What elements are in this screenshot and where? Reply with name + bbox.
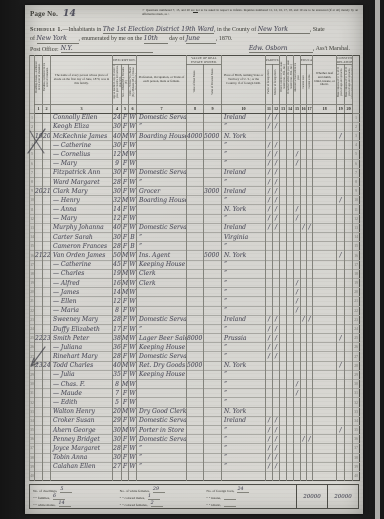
cell-school: / [294, 278, 301, 287]
cell-color: W [129, 168, 137, 177]
cell-sex: F [122, 462, 129, 471]
cell-occupation: Ret. Dry Goods [137, 361, 187, 370]
cell-color: B [129, 242, 137, 251]
cell-citizen [337, 352, 345, 361]
cell-personal-estate [204, 425, 222, 434]
cell-mother-foreign: / [273, 159, 280, 168]
cell-disability [313, 122, 337, 131]
cell-disability [313, 242, 337, 251]
cell-real-estate [187, 288, 204, 297]
line-number-right: 32 [353, 398, 360, 407]
cell-married-month [287, 471, 294, 480]
cell-real-estate [187, 389, 204, 398]
cell-name: — Julia [51, 370, 113, 379]
cell-married-month [287, 334, 294, 343]
personal-estate-total: 20000 [334, 494, 352, 500]
table-row: 30 — Chas. F. 8 M W ” [30, 380, 360, 389]
cell-occupation: Boarding House [137, 131, 187, 140]
line-number-right: 20 [353, 288, 360, 297]
scanned-census-image: Page No. 14 ☞ Questions numbered 7, 13, … [0, 0, 384, 519]
cell-family-no [43, 297, 51, 306]
cell-birthplace: N. York [222, 205, 266, 214]
cell-name: Murphy Johanna [51, 223, 113, 232]
citizen-denied-header-text: Male Citizens of U. S. of 21 years of ag… [345, 65, 353, 99]
table-row: 17 — Catherine 45 F W Keeping House ” [30, 260, 360, 269]
cell-age: 30 [113, 187, 122, 196]
cell-name: — Cornelius [51, 150, 113, 159]
cell-age: 7 [113, 389, 122, 398]
cell-birthplace: ” [222, 288, 266, 297]
cell-school [294, 251, 301, 260]
cell-citizen [337, 407, 345, 416]
line-number-right: 11 [353, 205, 360, 214]
cell-citizen-denied [345, 269, 353, 278]
cell-citizen-denied [345, 113, 353, 122]
cell-family-no [43, 113, 51, 122]
table-row: 33 Walton Henry 20 M W Dry Good Clerk N.… [30, 407, 360, 416]
cell-married-month [287, 352, 294, 361]
cell-citizen-denied [345, 131, 353, 140]
cell-occupation [137, 214, 187, 223]
cell-sex: F [122, 177, 129, 186]
cell-occupation [137, 471, 187, 480]
cell-married-month [287, 453, 294, 462]
cell-dwelling-no [35, 380, 43, 389]
cell-name: Carter Sarah [51, 233, 113, 242]
col-no-15: 15 [294, 104, 301, 113]
cell-age: 30 [113, 425, 122, 434]
cell-age: 12 [113, 297, 122, 306]
cell-birthplace: ” [222, 352, 266, 361]
cell-mother-foreign: / [273, 205, 280, 214]
cell-name: — Edith [51, 398, 113, 407]
cell-born-month [280, 425, 287, 434]
table-row: 7 Fitzpatrick Ann 30 F W Domestic Servan… [30, 168, 360, 177]
cell-disability [313, 113, 337, 122]
cell-school [294, 113, 301, 122]
cell-father-foreign [266, 251, 273, 260]
cell-mother-foreign [273, 233, 280, 242]
cell-married-month [287, 343, 294, 352]
state-value: New York [37, 36, 79, 43]
insane-value [224, 499, 236, 500]
state-label: , State [310, 27, 325, 33]
cell-family-no [43, 352, 51, 361]
cell-color: W [129, 444, 137, 453]
cell-citizen: / [337, 425, 345, 434]
totals-line-2: ” ” families,6 ” ” colored males,1 ” ” i… [33, 494, 293, 500]
cell-school [294, 141, 301, 150]
cell-sex: F [122, 168, 129, 177]
cell-citizen [337, 416, 345, 425]
table-row: 1 Connolly Ellen 24 F W Domestic Servant… [30, 113, 360, 122]
cell-disability [313, 260, 337, 269]
cell-birthplace: ” [222, 177, 266, 186]
cell-birthplace: ” [222, 297, 266, 306]
cell-age [113, 471, 122, 480]
cell-real-estate [187, 187, 204, 196]
cell-occupation: ” [137, 462, 187, 471]
cell-school: / [294, 389, 301, 398]
cell-family-no [43, 435, 51, 444]
cell-real-estate [187, 141, 204, 150]
cell-citizen-denied [345, 425, 353, 434]
cell-age: 24 [113, 113, 122, 122]
page-no-value: 14 [63, 9, 76, 19]
cell-name: Calahan Ellen [51, 462, 113, 471]
instructions-note: ☞ Questions numbered 7, 13, and 20 are n… [142, 9, 358, 17]
cell-school [294, 223, 301, 232]
cell-dwelling-no [35, 223, 43, 232]
cell-father-foreign [266, 380, 273, 389]
line-number-right: 6 [353, 159, 360, 168]
col-header-family: Families, numbered in the order of visit… [43, 55, 51, 104]
cell-birthplace: ” [222, 380, 266, 389]
cell-sex: M [122, 150, 129, 159]
cell-age: 30 [113, 122, 122, 131]
cell-dwelling-no [35, 389, 43, 398]
cell-father-foreign [266, 131, 273, 140]
cell-family-no: 20 [43, 131, 51, 140]
cell-born-month [280, 324, 287, 333]
line-number-right: 27 [353, 352, 360, 361]
cell-born-month [280, 444, 287, 453]
cell-age: 40 [113, 223, 122, 232]
cell-citizen-denied [345, 251, 353, 260]
cell-age: 27 [113, 462, 122, 471]
cell-disability [313, 471, 337, 480]
col-header-born-month: If born within the year, state month (Ja… [280, 55, 287, 104]
cell-school [294, 370, 301, 379]
cell-birthplace: ” [222, 214, 266, 223]
cell-personal-estate [204, 177, 222, 186]
cell-father-foreign [266, 278, 273, 287]
cell-married-month [287, 435, 294, 444]
line-number-right: 25 [353, 334, 360, 343]
cell-dwelling-no [35, 425, 43, 434]
white-males-value: 14 [59, 501, 71, 507]
cell-personal-estate: 5000 [204, 251, 222, 260]
cell-married-month [287, 233, 294, 242]
table-row: 20 — James 14 M W ” [30, 288, 360, 297]
month-value: June [186, 36, 216, 43]
cell-color: W [129, 196, 137, 205]
cell-father-foreign: / [266, 187, 273, 196]
cell-family-no [43, 196, 51, 205]
cell-real-estate [187, 444, 204, 453]
citizen-header-text: Male Citizens of U. S. of 21 years of ag… [337, 65, 343, 99]
cell-born-month [280, 233, 287, 242]
day-value: 10th [144, 36, 168, 43]
cell-color: W [129, 251, 137, 260]
cell-name: — Maria [51, 306, 113, 315]
cell-citizen [337, 233, 345, 242]
cell-citizen [337, 398, 345, 407]
cell-married-month [287, 214, 294, 223]
cell-father-foreign: / [266, 122, 273, 131]
cell-birthplace: ” [222, 453, 266, 462]
table-row: 4 — Catherine 30 F W ” / / [30, 141, 360, 150]
cell-disability [313, 398, 337, 407]
cell-name: Rinehart Mary [51, 352, 113, 361]
cell-father-foreign: / [266, 214, 273, 223]
cell-birthplace: Ireland [222, 113, 266, 122]
cell-disability [313, 306, 337, 315]
cell-color: W [129, 324, 137, 333]
cell-married-month [287, 380, 294, 389]
col-no-13: 13 [280, 104, 287, 113]
cell-real-estate [187, 233, 204, 242]
year-label: , 1870. [216, 36, 233, 42]
cell-born-month [280, 260, 287, 269]
cell-dwelling-no [35, 242, 43, 251]
cell-family-no [43, 343, 51, 352]
cell-school [294, 122, 301, 131]
cell-born-month [280, 288, 287, 297]
cell-color: W [129, 416, 137, 425]
group-education: Education. [301, 55, 313, 64]
cell-father-foreign: / [266, 324, 273, 333]
cell-citizen-denied [345, 352, 353, 361]
col-no-18: 18 [313, 104, 337, 113]
line-number-right: 18 [353, 269, 360, 278]
cell-personal-estate [204, 352, 222, 361]
cell-color: W [129, 113, 137, 122]
cell-mother-foreign [273, 242, 280, 251]
cell-married-month [287, 113, 294, 122]
table-row: 27 Rinehart Mary 28 F W Domestic Servant… [30, 352, 360, 361]
cell-birthplace: ” [222, 260, 266, 269]
cell-disability [313, 361, 337, 370]
married-month-header-text: If married within the year, state month … [287, 60, 293, 94]
cell-occupation: Ins. Agent [137, 251, 187, 260]
cell-occupation [137, 297, 187, 306]
cell-born-month [280, 150, 287, 159]
cell-personal-estate [204, 122, 222, 131]
cell-color: B [129, 233, 137, 242]
cell-born-month [280, 159, 287, 168]
cell-family-no [43, 398, 51, 407]
cell-citizen [337, 214, 345, 223]
cell-age: 28 [113, 242, 122, 251]
cell-school [294, 352, 301, 361]
idiotic-value [224, 506, 236, 507]
cell-father-foreign: / [266, 168, 273, 177]
cell-personal-estate [204, 370, 222, 379]
cell-citizen-denied [345, 334, 353, 343]
cell-birthplace: Ireland [222, 187, 266, 196]
line-number-right: 8 [353, 177, 360, 186]
cell-citizen: / [337, 334, 345, 343]
cell-real-estate [187, 113, 204, 122]
group-parentage: Parentage. [266, 55, 280, 64]
cell-real-estate [187, 352, 204, 361]
cell-occupation: ” [137, 177, 187, 186]
cell-birthplace: ” [222, 141, 266, 150]
group-value: Value of Real Estate Owned. [187, 55, 222, 64]
cell-disability [313, 205, 337, 214]
cell-birthplace: ” [222, 242, 266, 251]
cell-disability [313, 150, 337, 159]
cell-occupation [137, 205, 187, 214]
cell-born-month [280, 416, 287, 425]
cell-occupation: Domestic Servant [137, 315, 187, 324]
cell-age: 28 [113, 352, 122, 361]
cell-age: 9 [113, 159, 122, 168]
col-no-10: 10 [222, 104, 266, 113]
col-header-married-month: If married within the year, state month … [287, 55, 294, 104]
table-row: 38 Tobin Anna 30 F W ” ” / / [30, 453, 360, 462]
cell-born-month [280, 297, 287, 306]
cell-name: Keogh Eliza [51, 122, 113, 131]
table-row: 5 — Cornelius 12 M W ” / / [30, 150, 360, 159]
cell-name: — Chas. F. [51, 380, 113, 389]
cell-color: W [129, 269, 137, 278]
cell-name: — Alfred [51, 278, 113, 287]
cell-father-foreign: / [266, 113, 273, 122]
cell-personal-estate [204, 416, 222, 425]
cell-sex: F [122, 306, 129, 315]
families-label: ” ” families, [33, 496, 50, 500]
cell-father-foreign [266, 242, 273, 251]
table-row: 6 — Mary 9 F W ” / / [30, 159, 360, 168]
cell-father-foreign: / [266, 141, 273, 150]
cell-dwelling-no [35, 343, 43, 352]
cell-sex: M [122, 425, 129, 434]
county-label: , in the County of [214, 27, 256, 33]
cell-citizen-denied [345, 444, 353, 453]
cell-mother-foreign: / [273, 196, 280, 205]
cell-sex: F [122, 324, 129, 333]
cell-father-foreign [266, 471, 273, 480]
cell-birthplace: Ireland [222, 168, 266, 177]
foreign-born-value: 24 [237, 487, 249, 493]
cell-age: 29 [113, 416, 122, 425]
real-estate-total: 20000 [303, 494, 321, 500]
cell-personal-estate [204, 150, 222, 159]
cell-birthplace: ” [222, 462, 266, 471]
col-no-20: 20 [345, 104, 353, 113]
cell-personal-estate [204, 242, 222, 251]
cell-married-month [287, 131, 294, 140]
cell-born-month [280, 453, 287, 462]
cell-citizen [337, 205, 345, 214]
table-row: 12 — Mary 12 F W ” / / [30, 214, 360, 223]
cell-citizen [337, 297, 345, 306]
cell-disability [313, 297, 337, 306]
cell-father-foreign: / [266, 453, 273, 462]
cell-married-month [287, 159, 294, 168]
cell-school [294, 187, 301, 196]
table-row: 34 Croker Susan 29 F W Domestic Servant … [30, 416, 360, 425]
page-no-label: Page No. [30, 10, 58, 18]
cell-mother-foreign [273, 407, 280, 416]
schedule-line-2: of New York, enumerated by me on the 10t… [30, 35, 358, 44]
cell-father-foreign: / [266, 435, 273, 444]
cell-age: 30 [113, 141, 122, 150]
county-value: New York [258, 27, 310, 34]
school-header-text: Attended school within the year. [294, 60, 300, 94]
cell-mother-foreign [273, 260, 280, 269]
cell-birthplace: N. York [222, 407, 266, 416]
table-row: 36 Penney Bridget 30 F W Domestic Servan… [30, 435, 360, 444]
cell-sex: F [122, 444, 129, 453]
cell-school [294, 471, 301, 480]
cell-real-estate [187, 435, 204, 444]
col-no-7: 7 [137, 104, 187, 113]
cell-personal-estate [204, 141, 222, 150]
cell-personal-estate [204, 269, 222, 278]
cell-name: Clark Mary [51, 187, 113, 196]
cell-personal-estate [204, 168, 222, 177]
cell-occupation: Dry Good Clerk [137, 407, 187, 416]
line-number-right: 22 [353, 306, 360, 315]
cell-father-foreign: / [266, 462, 273, 471]
cell-color: W [129, 214, 137, 223]
of-label: of [30, 36, 35, 42]
col-header-name: The name of every person whose place of … [51, 55, 113, 104]
cell-personal-estate [204, 159, 222, 168]
cell-personal-estate [204, 233, 222, 242]
cell-family-no [43, 269, 51, 278]
cell-disability [313, 462, 337, 471]
cell-mother-foreign: / [273, 315, 280, 324]
col-no-12: 12 [273, 104, 280, 113]
cell-occupation: Clerk [137, 278, 187, 287]
cell-family-no [43, 122, 51, 131]
cell-citizen [337, 389, 345, 398]
cell-family-no [43, 370, 51, 379]
table-row: 29 — Julia 35 F W Keeping House ” [30, 370, 360, 379]
cell-father-foreign [266, 407, 273, 416]
cell-father-foreign: / [266, 425, 273, 434]
cell-name: — James [51, 288, 113, 297]
cell-married-month [287, 306, 294, 315]
post-office-label: Post Office: [30, 47, 59, 53]
cell-birthplace: ” [222, 269, 266, 278]
cell-married-month [287, 398, 294, 407]
cell-mother-foreign [273, 380, 280, 389]
cell-disability [313, 223, 337, 232]
cell-dwelling-no: 20 [35, 187, 43, 196]
cell-citizen-denied [345, 361, 353, 370]
cell-disability [313, 288, 337, 297]
col-header-real-estate: Value of Real Estate. [187, 64, 204, 104]
cell-occupation: Domestic Servant [137, 352, 187, 361]
cell-citizen-denied [345, 389, 353, 398]
cell-sex: M [122, 269, 129, 278]
cell-citizen [337, 462, 345, 471]
cell-father-foreign: / [266, 343, 273, 352]
cell-married-month [287, 177, 294, 186]
table-row: 35 Ahern George 30 M W Porter in Store ”… [30, 425, 360, 434]
line-no-col-right [353, 55, 360, 113]
cell-citizen [337, 223, 345, 232]
cell-personal-estate [204, 453, 222, 462]
insane-label: ” ” insane, [206, 496, 221, 500]
cell-color: W [129, 315, 137, 324]
cell-born-month [280, 407, 287, 416]
cell-dwelling-no [35, 141, 43, 150]
cell-mother-foreign [273, 370, 280, 379]
cell-school [294, 435, 301, 444]
cell-family-no [43, 242, 51, 251]
cell-school [294, 260, 301, 269]
line-number-right: 14 [353, 233, 360, 242]
cell-mother-foreign: / [273, 343, 280, 352]
cell-color: W [129, 389, 137, 398]
cell-school [294, 416, 301, 425]
